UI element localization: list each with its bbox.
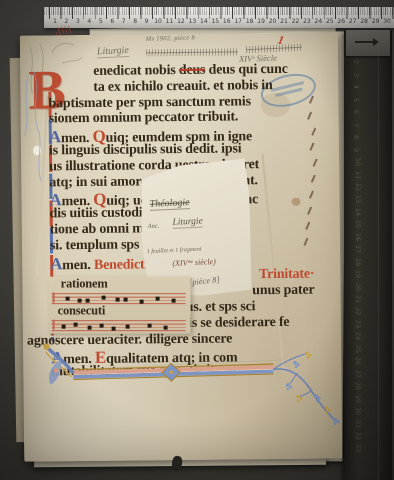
ruler-end-cap <box>346 30 390 56</box>
ruler-number: 16 <box>354 233 362 241</box>
ruler-number: 15 <box>211 18 219 25</box>
ruler-number: 23 <box>354 320 362 328</box>
ruler-number: 21 <box>354 295 362 303</box>
ruler-number: 28 <box>354 382 362 390</box>
square-note <box>156 297 159 301</box>
page-edge-shadow <box>171 455 183 471</box>
music-staff <box>52 319 186 332</box>
note-contents: 1 feuillet et 1 fragment <box>147 247 202 255</box>
text-segment: mutabilitatem sue essentie ita uns <box>51 362 245 379</box>
ruler-number: 19 <box>354 270 362 278</box>
manuscript-line: enedicat nobis deus deus qui cunc <box>48 62 316 81</box>
pencil-classification: Liturgie <box>97 45 129 58</box>
text-segment: Trinitate· <box>259 267 314 283</box>
text-segment: baptismate per spm sanctum remis <box>48 94 250 111</box>
text-segment: deus <box>179 63 206 78</box>
ruler-number: 17 <box>234 18 242 25</box>
ruler-number: 7 <box>352 123 360 127</box>
ruler-number: 32 <box>354 432 362 440</box>
ruler-number: 25 <box>354 345 362 353</box>
text-segment: enedicat nobis <box>93 63 179 79</box>
ruler-number: 31 <box>354 419 362 427</box>
ruler-number: 29 <box>354 394 362 402</box>
ruler-number: 15 <box>354 220 362 228</box>
ruler-number: 3 <box>352 73 360 77</box>
ruler-number: 6 <box>352 110 360 114</box>
square-note <box>148 324 152 327</box>
ruler-number: 20 <box>354 282 362 290</box>
ruler-number: 28 <box>360 18 368 25</box>
manuscript-leaf: Ms 1902, pièce 8 Liturgie XIVᵉ Siècle 1 … <box>20 32 342 461</box>
staff-clef-mark <box>53 293 55 303</box>
ruler-number: 30 <box>383 18 391 25</box>
ruler-number: 1 <box>53 18 57 25</box>
ruler-number: 24 <box>354 332 362 340</box>
ruler-number: 12 <box>177 18 185 25</box>
text-segment: deus qui cunc <box>205 62 288 78</box>
ruler-number: 26 <box>337 18 345 25</box>
text-segment: men. <box>62 257 94 272</box>
text-segment: A <box>50 254 62 273</box>
square-note <box>102 296 106 299</box>
ruler-number: 5 <box>352 98 360 102</box>
ruler-number: 26 <box>354 357 362 365</box>
square-note <box>124 298 128 302</box>
square-note <box>100 324 104 328</box>
parchment-crease <box>36 96 49 276</box>
ruler-number: 10 <box>154 18 162 25</box>
ruler-number: 13 <box>189 18 197 25</box>
square-note <box>88 326 91 329</box>
manuscript-line: mutabilitatem sue essentie ita uns <box>51 362 319 381</box>
ruler-number: 8 <box>133 18 137 25</box>
ruler-number: 10 <box>354 158 362 166</box>
note-title-struck: Théologie <box>149 197 190 211</box>
ruler-number: 18 <box>246 18 254 25</box>
ruler-number: 6 <box>110 18 114 25</box>
horizontal-cm-ruler: 1234567891011121314151617181920212223242… <box>44 7 394 28</box>
ruler-number: 25 <box>326 18 334 25</box>
fragment-text: consecuti <box>58 304 106 319</box>
ruler-edge-highlight <box>378 30 379 480</box>
ruler-number: 27 <box>354 370 362 378</box>
parchment-stain <box>33 145 41 155</box>
text-segment: is linguis discipulis suis dedit. ipsi <box>49 141 242 158</box>
fragment-text: rationem <box>61 277 108 292</box>
ruler-number: 4 <box>87 18 91 25</box>
ruler-number: 13 <box>354 195 362 203</box>
ruler-number: 20 <box>269 18 277 25</box>
ruler-number: 22 <box>354 307 362 315</box>
ruler-number: 1 <box>352 48 360 52</box>
ruler-number: 29 <box>372 18 380 25</box>
ruler-number: 8 <box>352 135 360 139</box>
ruler-number: 11 <box>166 18 174 25</box>
square-note <box>126 325 130 329</box>
ruler-number: 24 <box>315 18 323 25</box>
ruler-number: 12 <box>354 183 362 191</box>
staff-clef-mark <box>53 320 55 330</box>
pencil-strikeout <box>146 48 238 56</box>
ruler-number: 7 <box>122 18 126 25</box>
ruler-number: 2 <box>352 60 360 64</box>
note-title: Liturgie <box>172 217 203 229</box>
square-note <box>172 299 175 303</box>
photo-stage: 1234567891011121314151617181920212223242… <box>0 0 394 480</box>
text-segment: ta ex nichilo creauit. et nobis in <box>93 78 272 95</box>
square-note <box>74 323 77 327</box>
ruler-number: 17 <box>354 245 362 253</box>
square-note <box>62 325 66 329</box>
note-date: (XIVᵐᵉ siècle) <box>172 257 216 268</box>
ruler-number: 14 <box>200 18 208 25</box>
ruler-number: 18 <box>354 258 362 266</box>
ruler-number: 11 <box>354 170 362 178</box>
text-segment: sionem omnium peccator tribuit. <box>49 110 239 127</box>
square-note <box>164 326 168 330</box>
pencil-shelfmark: Ms 1902, pièce 8 <box>146 34 195 42</box>
ruler-number: 9 <box>352 148 360 152</box>
square-note <box>116 298 120 302</box>
ruler-number: 22 <box>292 18 300 25</box>
ruler-number: 4 <box>352 85 360 89</box>
ruler-number: 2 <box>65 18 69 25</box>
red-pencil-mark <box>55 25 72 35</box>
ruler-number: 9 <box>145 18 149 25</box>
ruler-number: 21 <box>280 18 288 25</box>
vertical-cm-ruler: 1234567891011121314151617181920212223242… <box>344 30 392 480</box>
square-note <box>112 327 115 331</box>
note-prefix: Anc. <box>148 222 160 230</box>
ruler-number: 27 <box>349 18 357 25</box>
square-note <box>140 300 144 303</box>
arrow-icon <box>355 41 375 43</box>
ruler-number: 19 <box>257 18 265 25</box>
ruler-number: 33 <box>354 444 362 452</box>
ruler-number: 5 <box>99 18 103 25</box>
text-segment: unus pater <box>252 283 314 299</box>
ruler-number: 30 <box>354 407 362 415</box>
ruler-number: 16 <box>223 18 231 25</box>
ruler-number: 23 <box>303 18 311 25</box>
square-note <box>66 297 69 300</box>
square-note <box>86 299 90 303</box>
ruler-number: 3 <box>76 18 80 25</box>
square-note <box>78 299 82 303</box>
ruler-number: 14 <box>354 208 362 216</box>
music-fragment: rationem consecuti <box>49 277 191 334</box>
